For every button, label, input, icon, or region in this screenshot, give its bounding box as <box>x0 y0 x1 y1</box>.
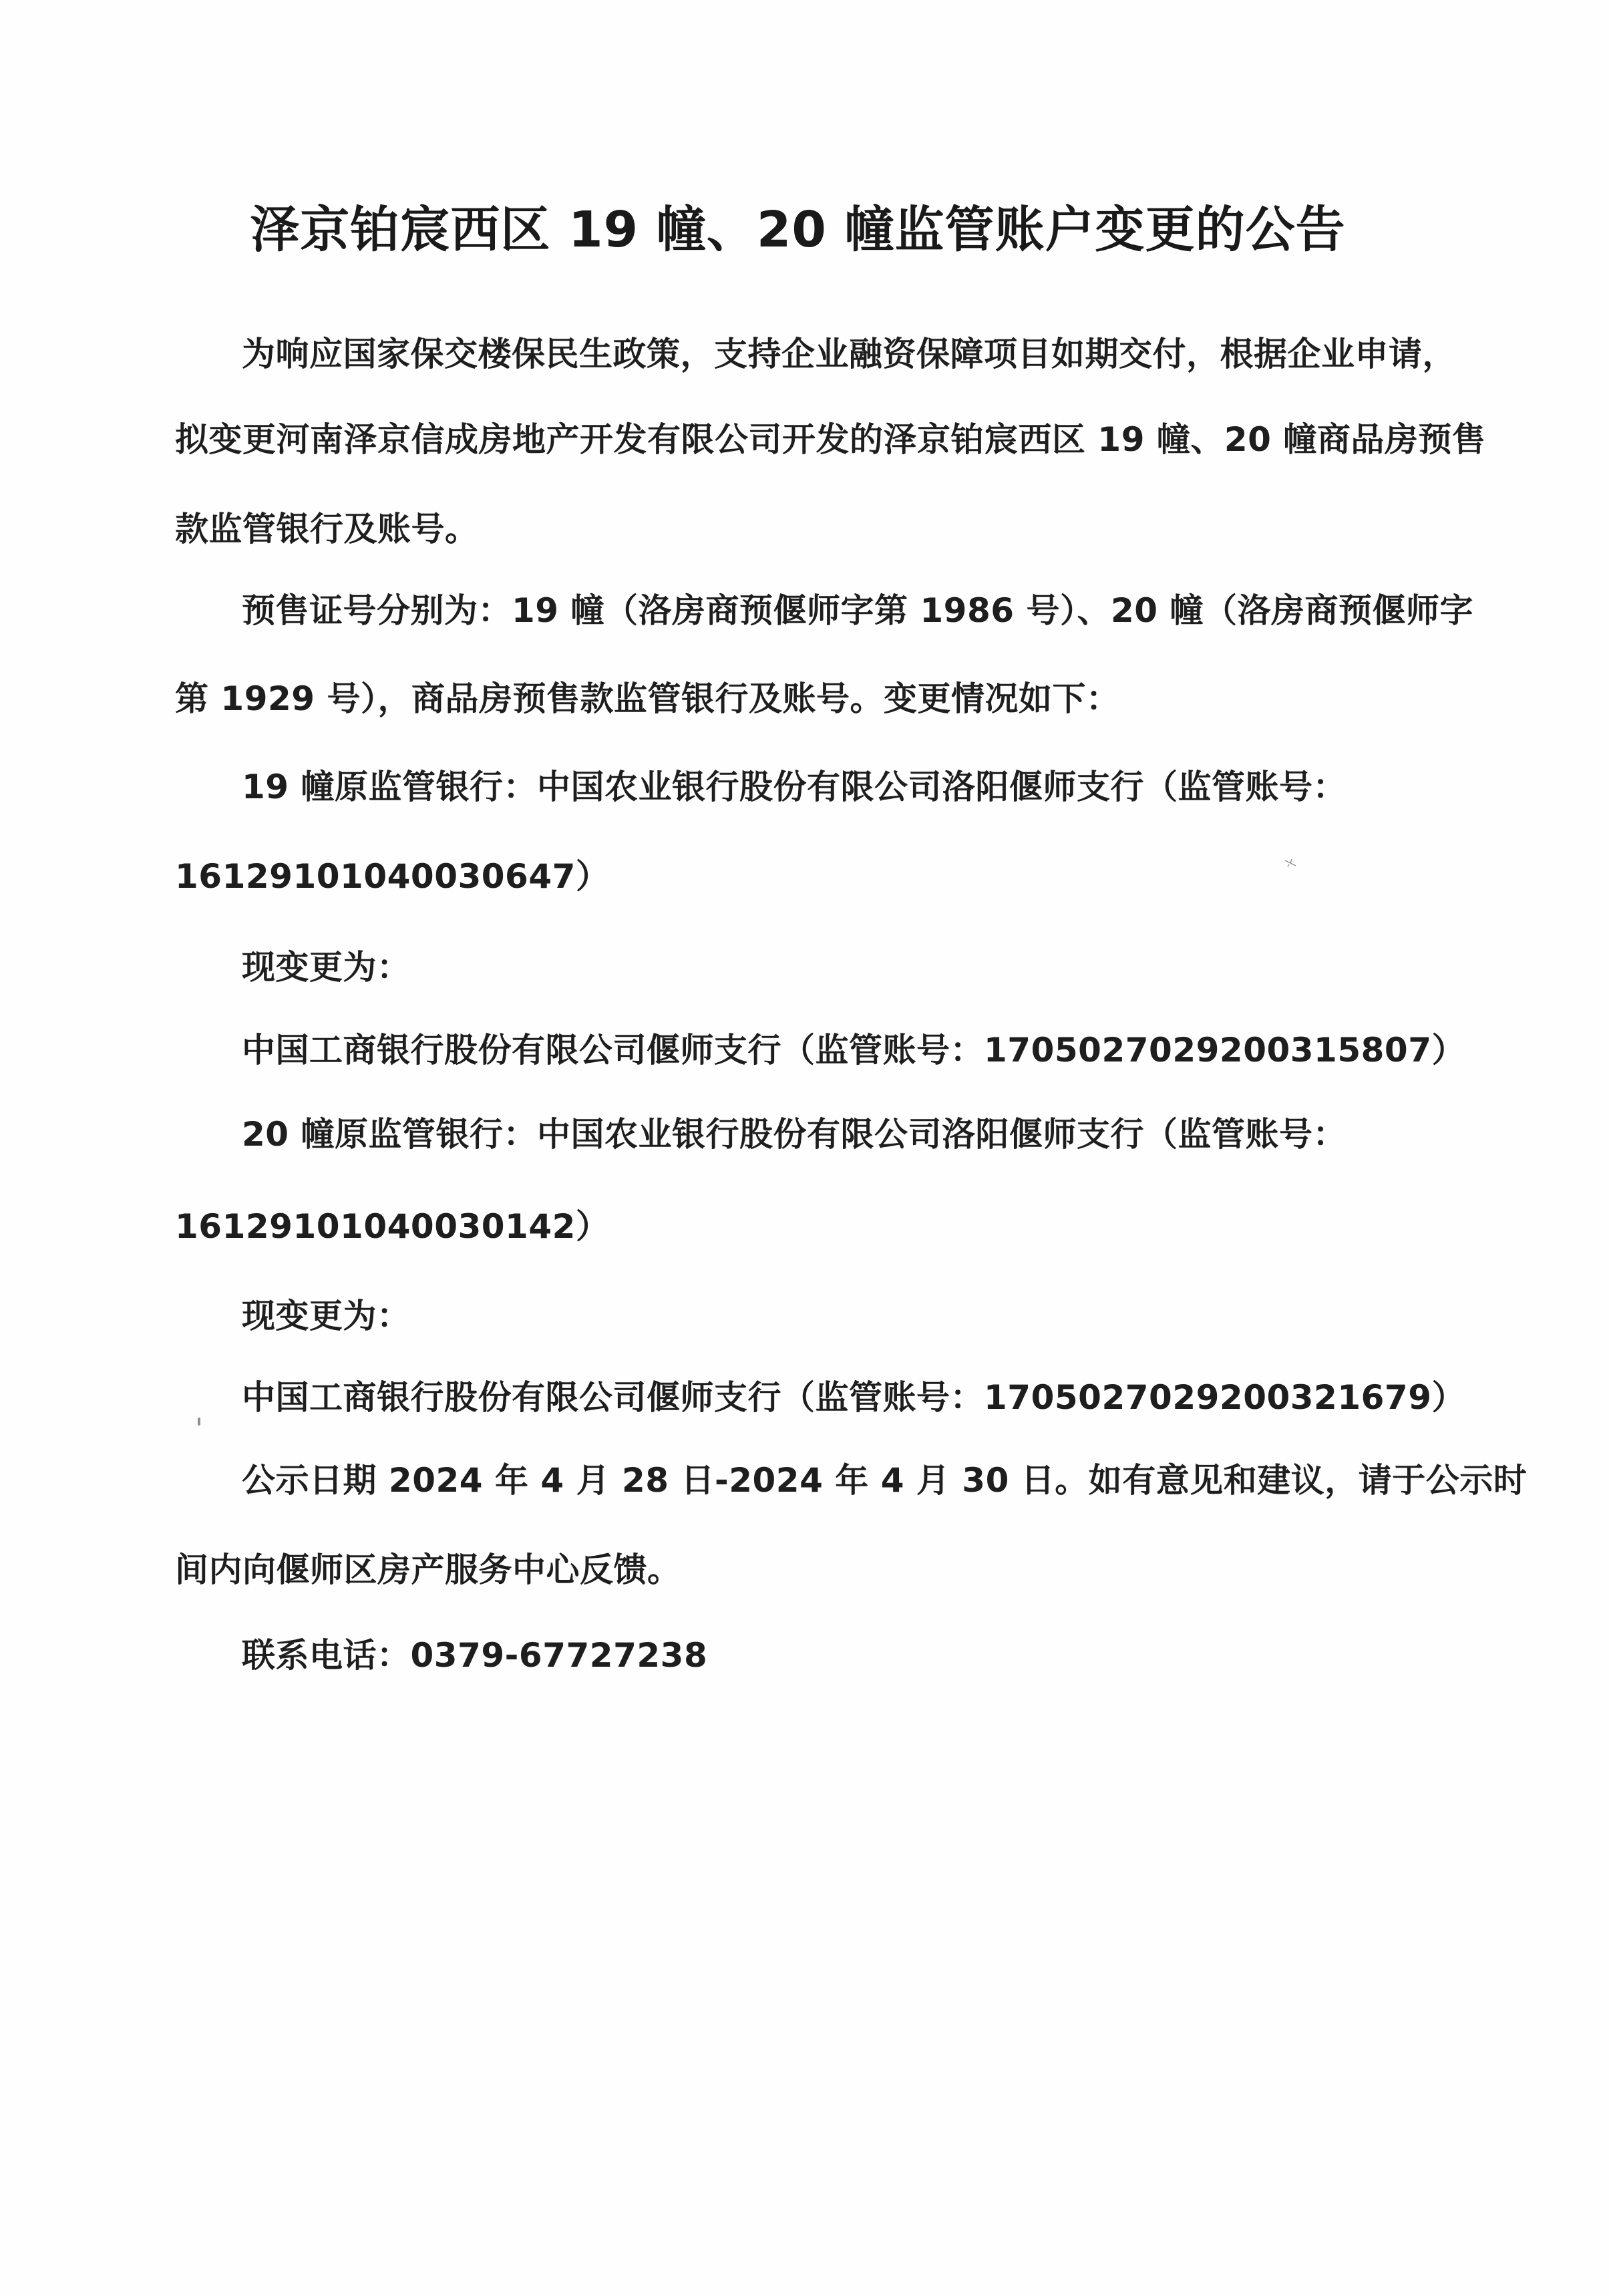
permits-line-2: 第 1929 号），商品房预售款监管银行及账号。变更情况如下： <box>175 679 1119 719</box>
permits-line-1: 预售证号分别为：19 幢（洛房商预偃师字第 1986 号）、20 幢（洛房商预偃… <box>242 591 1473 631</box>
building20-change-label: 现变更为： <box>242 1296 411 1336</box>
intro-line-3: 款监管银行及账号。 <box>175 509 479 549</box>
building20-original-account: 16129101040030142） <box>175 1206 609 1247</box>
contact-phone-line: 联系电话：0379-67727238 <box>242 1635 707 1675</box>
document-title: 泽京铂宸西区 19 幢、20 幢监管账户变更的公告 <box>0 190 1602 261</box>
building20-new-bank: 中国工商银行股份有限公司偃师支行（监管账号：170502702920032167… <box>242 1377 1465 1418</box>
scanned-document-page: 泽京铂宸西区 19 幢、20 幢监管账户变更的公告 为响应国家保交楼保民生政策，… <box>0 0 1609 2296</box>
intro-line-2: 拟变更河南泽京信成房地产开发有限公司开发的泽京铂宸西区 19 幢、20 幢商品房… <box>175 420 1485 460</box>
building19-new-bank: 中国工商银行股份有限公司偃师支行（监管账号：170502702920031580… <box>242 1030 1465 1070</box>
scan-dot-mark <box>198 1418 200 1426</box>
building20-original-bank-line-1: 20 幢原监管银行：中国农业银行股份有限公司洛阳偃师支行（监管账号： <box>242 1114 1347 1154</box>
building19-original-bank-line-1: 19 幢原监管银行：中国农业银行股份有限公司洛阳偃师支行（监管账号： <box>242 767 1347 807</box>
scan-speck-mark <box>1284 856 1298 867</box>
intro-line-1: 为响应国家保交楼保民生政策，支持企业融资保障项目如期交付，根据企业申请， <box>242 334 1456 374</box>
notice-period-line-2: 间内向偃师区房产服务中心反馈。 <box>175 1550 681 1590</box>
building19-original-account: 16129101040030647） <box>175 856 609 896</box>
building19-change-label: 现变更为： <box>242 947 411 987</box>
notice-period-line-1: 公示日期 2024 年 4 月 28 日-2024 年 4 月 30 日。如有意… <box>242 1460 1527 1500</box>
